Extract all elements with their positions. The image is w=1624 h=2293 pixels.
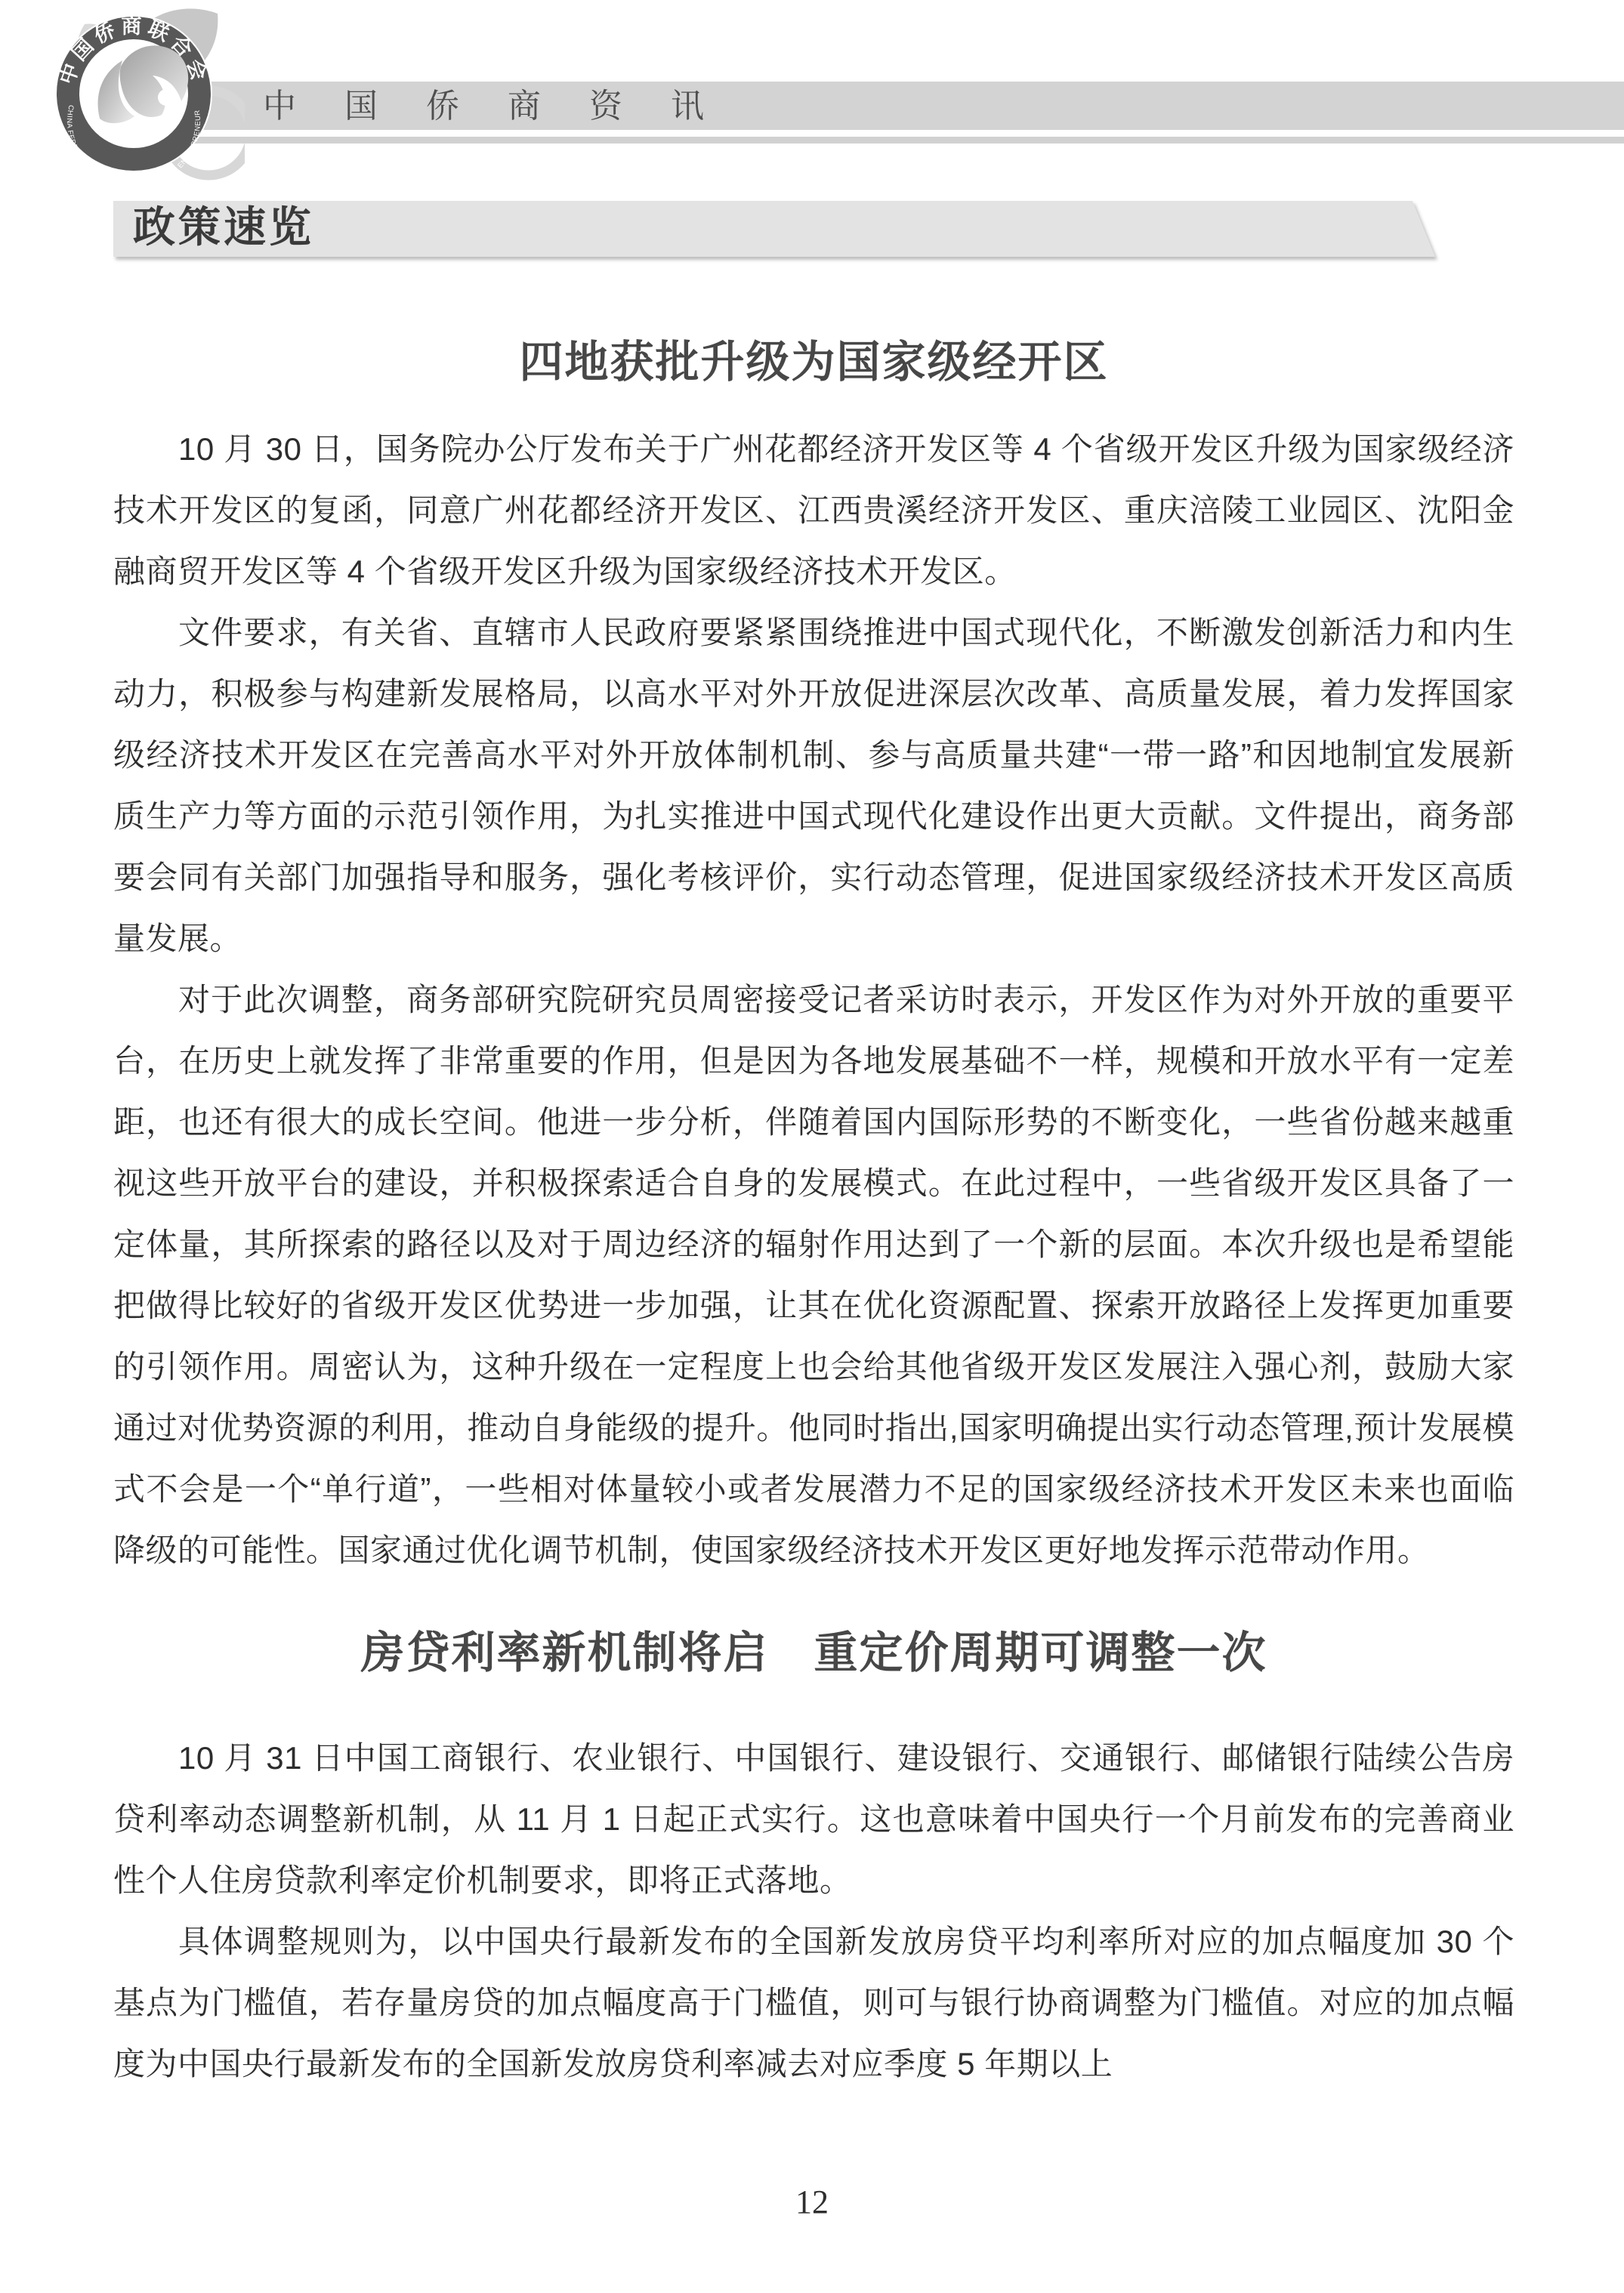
header-rule <box>112 137 1624 144</box>
article-2-title: 房贷利率新机制将启 重定价周期可调整一次 <box>113 1628 1514 1679</box>
section-title: 政策速览 <box>113 201 1435 255</box>
body-paragraph: 10 月 31 日中国工商银行、农业银行、中国银行、建设银行、交通银行、邮储银行… <box>113 1727 1514 1911</box>
page-number: 12 <box>0 2183 1624 2221</box>
federation-logo-icon: 中国侨商联合会 CHINA FEDERATION OF OVERSEAS CHI… <box>33 2 245 196</box>
article-content: 四地获批升级为国家级经开区 10 月 30 日，国务院办公厅发布关于广州花都经济… <box>113 257 1514 2094</box>
body-paragraph: 文件要求，有关省、直辖市人民政府要紧紧围绕推进中国式现代化，不断激发创新活力和内… <box>113 602 1514 969</box>
body-paragraph: 10 月 30 日，国务院办公厅发布关于广州花都经济开发区等 4 个省级开发区升… <box>113 418 1514 602</box>
article-2-body: 10 月 31 日中国工商银行、农业银行、中国银行、建设银行、交通银行、邮储银行… <box>113 1727 1514 2094</box>
masthead-title: 中国侨商资讯 <box>112 82 1624 131</box>
body-paragraph: 对于此次调整，商务部研究院研究员周密接受记者采访时表示，开发区作为对外开放的重要… <box>113 969 1514 1581</box>
magazine-page: 中国侨商资讯 中国侨商联合会 CHINA FEDERATION OF OVERS… <box>0 0 1624 2293</box>
body-paragraph: 具体调整规则为，以中国央行最新发布的全国新发放房贷平均利率所对应的加点幅度加 3… <box>113 1911 1514 2094</box>
article-1-title: 四地获批升级为国家级经开区 <box>113 337 1514 388</box>
article-1-body: 10 月 30 日，国务院办公厅发布关于广州花都经济开发区等 4 个省级开发区升… <box>113 418 1514 1581</box>
header-banner: 中国侨商资讯 <box>112 82 1624 130</box>
section-banner: 政策速览 <box>113 201 1435 257</box>
